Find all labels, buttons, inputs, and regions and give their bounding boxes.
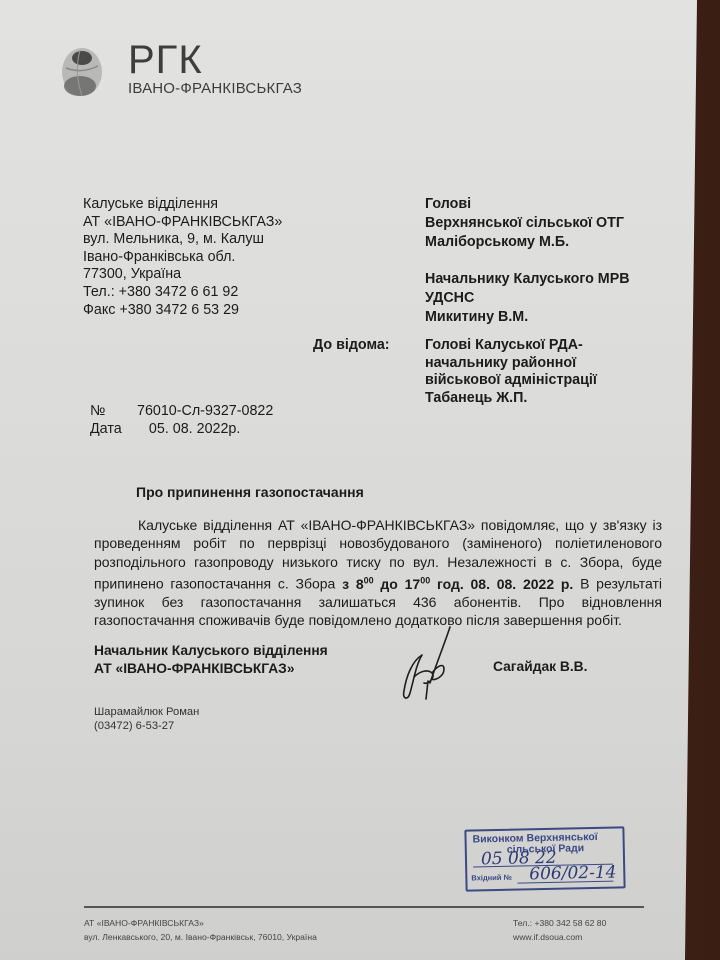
recipient-1: Голові Верхнянської сільської ОТГ Малібо…: [425, 195, 630, 252]
footer-company-info: АТ «ІВАНО-ФРАНКІВСЬКГАЗ» вул. Ленкавсько…: [84, 916, 317, 944]
footer-phone: Тел.: +380 342 58 62 80: [513, 916, 606, 930]
cc-label: До відома:: [313, 337, 390, 353]
logo-company-name: ІВАНО-ФРАНКІВСЬКГАЗ: [128, 80, 302, 97]
recipient-line: Начальнику Калуського МРВ: [425, 270, 630, 289]
recipient-2: Начальнику Калуського МРВ УДСНС Микитину…: [425, 270, 630, 327]
date-label: Дата: [90, 420, 137, 438]
sender-address-block: Калуське відділення АТ «ІВАНО-ФРАНКІВСЬК…: [83, 196, 282, 319]
outage-period: з 800 до 1700 год. 08. 08. 2022 р.: [342, 576, 573, 592]
handwritten-signature-icon: [392, 625, 462, 705]
reference-number: 76010-Сл-9327-0822: [137, 403, 273, 419]
footer-divider: [84, 906, 644, 908]
footer-address: вул. Ленкавського, 20, м. Івано-Франківс…: [84, 930, 317, 944]
cc-line: Табанець Ж.П.: [425, 390, 597, 408]
reference-date: 05. 08. 2022р.: [149, 421, 240, 437]
signatory-name: Сагайдак В.В.: [493, 659, 587, 674]
sender-fax: Факс +380 3472 6 53 29: [83, 302, 282, 320]
sender-line: АТ «ІВАНО-ФРАНКІВСЬКГАЗ»: [83, 214, 282, 232]
reference-date-row: Дата 05. 08. 2022р.: [90, 420, 273, 438]
cc-line: начальнику районної: [425, 355, 597, 373]
signatory-title-line: Начальник Калуського відділення: [94, 642, 328, 660]
sender-line: Калуське відділення: [83, 196, 282, 214]
recipients-block: Голові Верхнянської сільської ОТГ Малібо…: [425, 195, 630, 327]
logo-abbreviation: РГК: [128, 40, 203, 80]
footer-company: АТ «ІВАНО-ФРАНКІВСЬКГАЗ»: [84, 916, 317, 930]
recipient-line: УДСНС: [425, 289, 630, 308]
footer-contacts: Тел.: +380 342 58 62 80 www.if.dsoua.com: [513, 916, 606, 944]
executor-block: Шарамайлюк Роман (03472) 6-53-27: [94, 705, 199, 733]
sender-line: вул. Мельника, 9, м. Калуш: [83, 231, 282, 249]
reference-number-row: №76010-Сл-9327-0822: [90, 402, 273, 420]
stamp-incoming-label: Вхідний №: [471, 873, 512, 883]
registration-stamp: Виконком Верхнянської сільської Ради 05 …: [464, 826, 625, 891]
cc-line: військової адміністрації: [425, 372, 597, 390]
executor-phone: (03472) 6-53-27: [94, 719, 199, 733]
signatory-title: Начальник Калуського відділення АТ «ІВАН…: [94, 642, 328, 677]
reference-block: №76010-Сл-9327-0822 Дата 05. 08. 2022р.: [90, 402, 273, 438]
sender-phone: Тел.: +380 3472 6 61 92: [83, 284, 282, 302]
recipient-line: Голові: [425, 195, 630, 214]
recipient-line: Маліборському М.Б.: [425, 233, 630, 252]
footer-website: www.if.dsoua.com: [513, 930, 606, 944]
number-label: №: [90, 402, 137, 420]
letter-page: РГК ІВАНО-ФРАНКІВСЬКГАЗ Калуське відділе…: [0, 0, 720, 960]
cc-recipient-block: Голові Калуської РДА- начальнику районно…: [425, 337, 597, 407]
company-globe-logo-icon: [60, 44, 104, 100]
signatory-title-line: АТ «ІВАНО-ФРАНКІВСЬКГАЗ»: [94, 660, 328, 678]
recipient-line: Верхнянської сільської ОТГ: [425, 214, 630, 233]
body-paragraph: Калуське відділення АТ «ІВАНО-ФРАНКІВСЬК…: [94, 516, 662, 629]
sender-line: Івано-Франківська обл.: [83, 249, 282, 267]
letter-body: Калуське відділення АТ «ІВАНО-ФРАНКІВСЬК…: [94, 516, 662, 629]
executor-name: Шарамайлюк Роман: [94, 705, 199, 719]
cc-line: Голові Калуської РДА-: [425, 337, 597, 355]
recipient-line: Микитину В.М.: [425, 308, 630, 327]
sender-line: 77300, Україна: [83, 266, 282, 284]
letter-subject: Про припинення газопостачання: [136, 484, 364, 500]
